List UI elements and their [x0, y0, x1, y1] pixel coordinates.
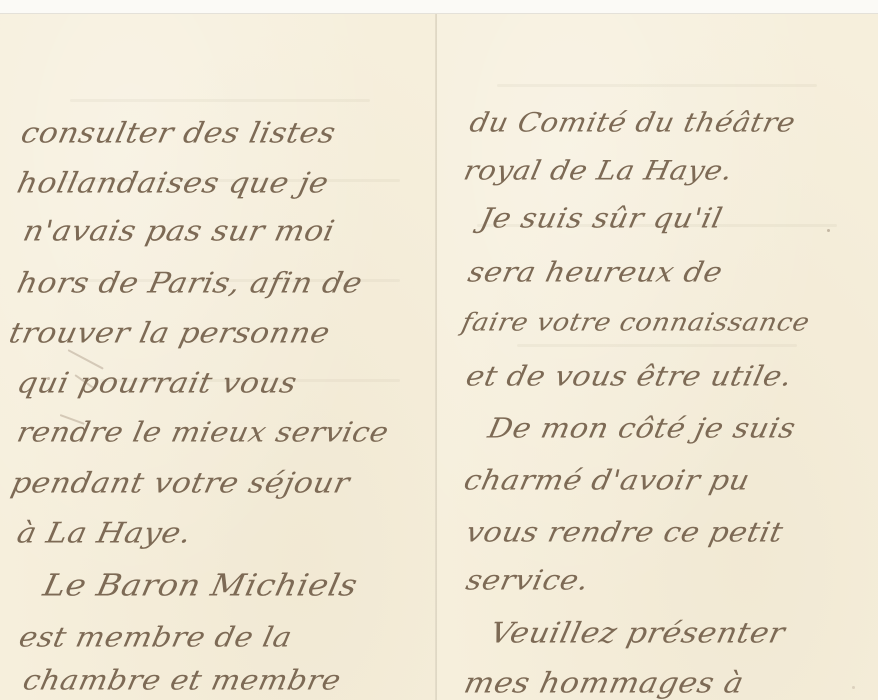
letter-line: vous rendre ce petit [463, 517, 786, 549]
letter-line: Le Baron Michiels [40, 567, 361, 603]
show-through-line [70, 99, 370, 102]
show-through-line [517, 344, 797, 347]
letter-line: est membre de la [16, 622, 295, 654]
letter-line: trouver la personne [6, 317, 333, 350]
letter-line: service. [463, 565, 592, 597]
letter-line: n'avais pas sur moi [20, 215, 338, 248]
letter-line: rendre le mieux service [14, 417, 392, 449]
show-through-line [497, 84, 817, 87]
letter-line: qui pourrait vous [14, 367, 300, 400]
letter-line: consulter des listes [18, 117, 339, 150]
letter-line: hors de Paris, afin de [14, 267, 365, 300]
letter-line: pendant votre séjour [8, 467, 353, 500]
letter-line: Veuillez présenter [487, 617, 788, 650]
left-page: consulter des listes hollandaises que je… [0, 14, 437, 700]
letter-line: du Comité du théâtre [467, 107, 798, 138]
letter-line: sera heureux de [465, 257, 725, 289]
letter-line: et de vous être utile. [463, 361, 795, 393]
right-page: du Comité du théâtre royal de La Haye. J… [437, 14, 878, 700]
letter-line: hollandaises que je [14, 167, 332, 200]
letter-line: royal de La Haye. [461, 155, 736, 186]
paper-speck [827, 229, 830, 232]
letter-line: Je suis sûr qu'il [477, 203, 725, 235]
letter-line: mes hommages à [461, 667, 747, 700]
paper-speck [852, 686, 855, 689]
letter-line: faire votre connaissance [459, 308, 812, 337]
letter-line: à La Haye. [14, 517, 195, 550]
letter-scan: consulter des listes hollandaises que je… [0, 0, 878, 700]
letter-line: charmé d'avoir pu [461, 465, 753, 497]
letter-line: chambre et membre [20, 665, 344, 697]
letter-line: De mon côté je suis [485, 413, 799, 445]
